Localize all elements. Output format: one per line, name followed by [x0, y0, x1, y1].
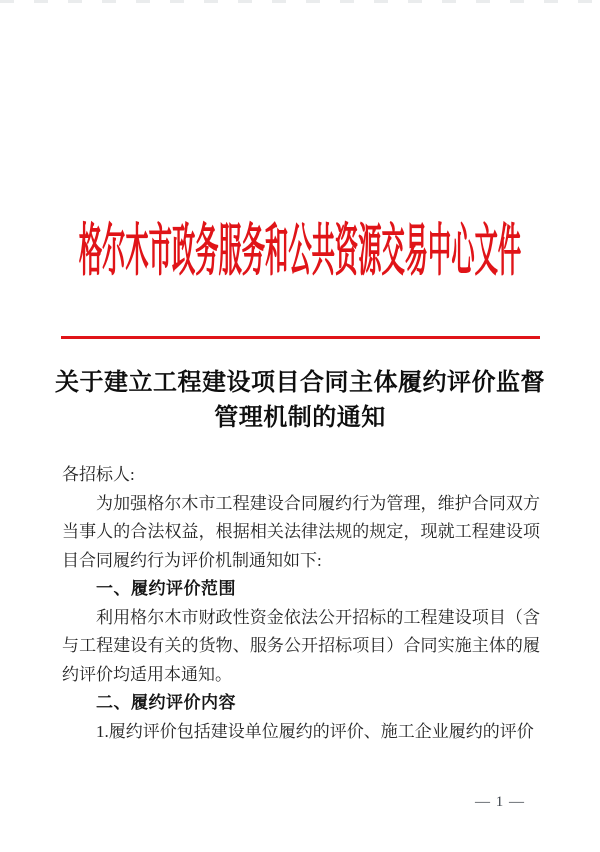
- salutation: 各招标人:: [62, 461, 540, 490]
- body-paragraph: 为加强格尔木市工程建设合同履约行为管理，维护合同双方当事人的合法权益，根据相关法…: [62, 490, 540, 576]
- org-title: 格尔木市政务服务和公共资源交易中心文件: [79, 225, 521, 281]
- section-heading-2: 二、履约评价内容: [62, 689, 540, 718]
- scan-artifact-top: [0, 0, 600, 3]
- body-paragraph: 1.履约评价包括建设单位履约的评价、施工企业履约的评价: [62, 718, 540, 747]
- document-title-line2: 管理机制的通知: [30, 401, 570, 436]
- page-number: — 1 —: [475, 794, 525, 811]
- document-title-line1: 关于建立工程建设项目合同主体履约评价监督: [30, 366, 570, 401]
- masthead: 格尔木市政务服务和公共资源交易中心文件: [0, 217, 600, 289]
- document-title: 关于建立工程建设项目合同主体履约评价监督 管理机制的通知: [30, 366, 570, 436]
- section-heading-1: 一、履约评价范围: [62, 575, 540, 604]
- red-divider: [61, 336, 540, 339]
- document-page: 格尔木市政务服务和公共资源交易中心文件 关于建立工程建设项目合同主体履约评价监督…: [0, 0, 600, 852]
- document-body: 各招标人: 为加强格尔木市工程建设合同履约行为管理，维护合同双方当事人的合法权益…: [62, 461, 540, 746]
- body-paragraph: 利用格尔木市财政性资金依法公开招标的工程建设项目（含与工程建设有关的货物、服务公…: [62, 604, 540, 690]
